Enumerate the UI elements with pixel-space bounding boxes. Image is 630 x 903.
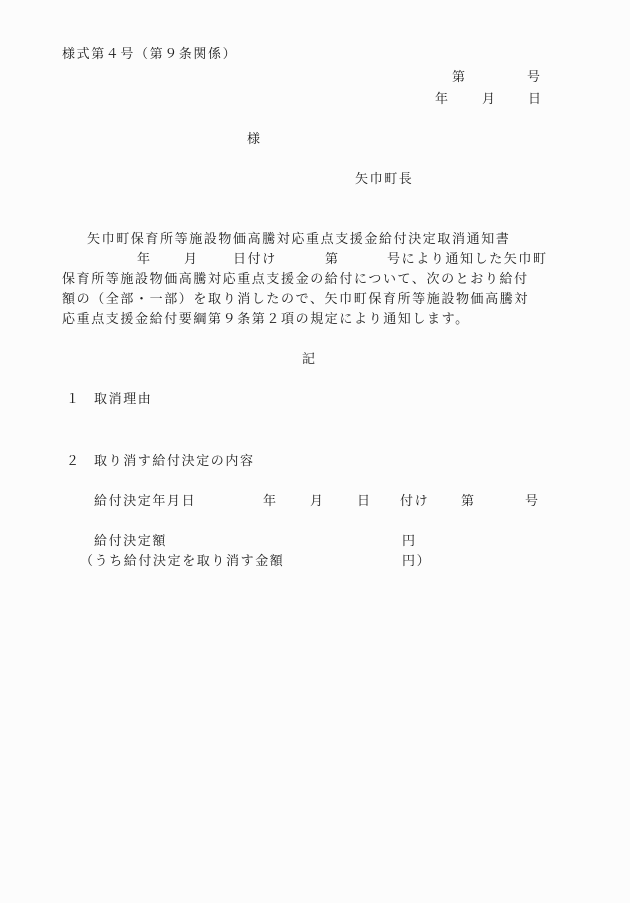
decision-date-day: 日 <box>357 494 372 510</box>
header-number-go: 号 <box>527 70 542 86</box>
section2-number: ２ <box>66 454 81 470</box>
issuer: 矢巾町長 <box>355 172 413 188</box>
decision-date-tsuke: 付け <box>400 494 429 510</box>
form-number: 様式第４号（第９条関係） <box>62 47 237 63</box>
document-title: 矢巾町保育所等施設物価高騰対応重点支援金給付決定取消通知書 <box>87 232 510 248</box>
decision-amount-unit: 円 <box>402 534 417 550</box>
decision-amount-label: 給付決定額 <box>94 534 167 550</box>
body-line-4: 応重点支援金給付要綱第９条第２項の規定により通知します。 <box>62 312 470 328</box>
notice-document: 様式第４号（第９条関係） 第 号 年 月 日 様 矢巾町長 矢巾町保育所等施設物… <box>0 0 630 903</box>
section1-label: 取消理由 <box>94 392 152 408</box>
decision-date-go: 号 <box>525 494 540 510</box>
body-line-2: 保育所等施設物価高騰対応重点支援金の給付について、次のとおり給付 <box>62 272 529 288</box>
body-ref-rest: 号により通知した矢巾町 <box>387 252 548 268</box>
body-ref-day: 日付け <box>233 252 277 268</box>
body-ref-dai: 第 <box>325 252 340 268</box>
body-line-3: 額の（全部・一部）を取り消したので、矢巾町保育所等施設物価高騰対 <box>62 292 529 308</box>
header-date-month: 月 <box>482 92 497 108</box>
decision-date-month: 月 <box>310 494 325 510</box>
decision-date-dai: 第 <box>461 494 476 510</box>
body-ref-month: 月 <box>184 252 199 268</box>
body-ref-year: 年 <box>137 252 152 268</box>
header-number-dai: 第 <box>452 70 467 86</box>
section2-label: 取り消す給付決定の内容 <box>94 454 255 470</box>
cancel-amount-unit: 円） <box>402 554 431 570</box>
decision-date-year: 年 <box>263 494 278 510</box>
section1-number: １ <box>66 392 81 408</box>
addressee-suffix: 様 <box>247 132 262 148</box>
cancel-amount-label: （うち給付決定を取り消す金額 <box>80 554 284 570</box>
decision-date-label: 給付決定年月日 <box>94 494 196 510</box>
ki-heading: 記 <box>302 352 317 368</box>
header-date-year: 年 <box>435 92 450 108</box>
header-date-day: 日 <box>528 92 543 108</box>
